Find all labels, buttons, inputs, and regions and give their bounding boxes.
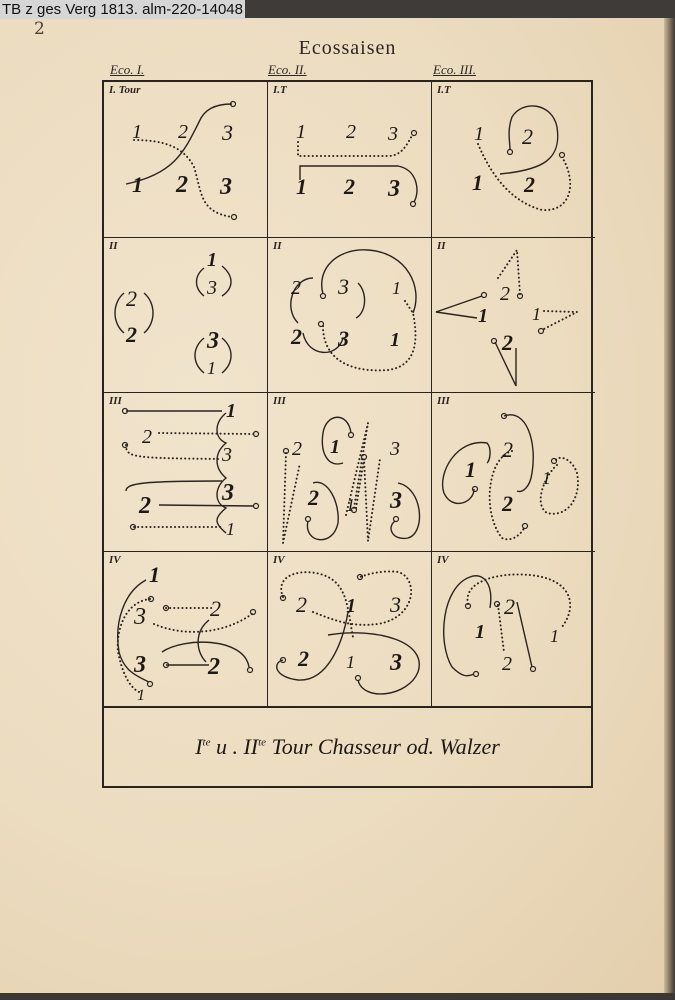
svg-text:1: 1	[392, 278, 401, 298]
dance-figure-diagram: 1 2 3 1 2 3	[104, 82, 268, 238]
page-number: 2	[34, 19, 45, 39]
svg-text:2: 2	[290, 324, 302, 349]
cell-eco2-tour4: IV 2 1 3 2 1 3	[268, 552, 432, 708]
svg-text:3: 3	[206, 277, 217, 299]
svg-text:2: 2	[138, 493, 151, 519]
svg-text:2: 2	[126, 286, 137, 311]
cell-eco1-tour1: I. Tour 1 2 3 1 2 3	[104, 82, 268, 238]
scan-bottom-border	[0, 993, 675, 1000]
svg-text:2: 2	[296, 592, 307, 617]
svg-text:3: 3	[206, 328, 219, 354]
svg-text:1: 1	[207, 358, 216, 378]
svg-text:3: 3	[389, 488, 402, 514]
svg-text:3: 3	[337, 326, 349, 351]
svg-text:2: 2	[501, 491, 513, 516]
svg-text:2: 2	[175, 172, 188, 198]
svg-text:2: 2	[178, 121, 188, 143]
svg-text:3: 3	[389, 650, 402, 676]
svg-text:1: 1	[532, 304, 541, 324]
dance-figure-diagram: 2 1 1 2	[432, 552, 595, 708]
dance-figure-diagram: 2 1 1 2	[432, 393, 595, 552]
svg-text:1: 1	[474, 123, 484, 145]
svg-text:1: 1	[346, 595, 356, 617]
svg-text:2: 2	[343, 174, 355, 199]
svg-text:3: 3	[221, 480, 234, 506]
svg-text:1: 1	[550, 626, 559, 646]
svg-text:3: 3	[133, 604, 146, 630]
page-edge	[664, 18, 675, 1000]
svg-text:1: 1	[542, 468, 551, 488]
column-header-eco-3: Eco. III.	[433, 62, 476, 78]
svg-text:3: 3	[219, 174, 232, 200]
svg-text:1: 1	[296, 174, 307, 199]
svg-text:3: 3	[337, 274, 349, 299]
svg-text:2: 2	[502, 437, 513, 462]
svg-text:1: 1	[149, 562, 160, 587]
svg-text:1: 1	[207, 249, 217, 271]
svg-text:2: 2	[523, 172, 535, 197]
svg-text:2: 2	[292, 438, 302, 460]
svg-text:2: 2	[346, 121, 356, 143]
svg-text:3: 3	[389, 438, 400, 460]
dance-figure-diagram: 2 1 3 2 1 3	[268, 552, 432, 708]
svg-text:1: 1	[132, 121, 142, 143]
svg-text:2: 2	[500, 283, 510, 305]
svg-text:1: 1	[132, 172, 143, 197]
dance-figure-diagram: 2 1 3 3 2 1	[104, 393, 268, 552]
dance-figure-diagram: 1 2 1 2	[432, 82, 595, 238]
column-header-eco-1: Eco. I.	[110, 62, 144, 78]
svg-text:2: 2	[504, 594, 515, 619]
footer-caption-box: Ite u . IIte Tour Chasseur od. Walzer	[102, 706, 593, 788]
svg-text:3: 3	[387, 176, 400, 202]
svg-text:3: 3	[221, 444, 232, 466]
svg-text:1: 1	[475, 621, 485, 643]
svg-text:2: 2	[142, 426, 152, 448]
cell-eco2-tour2: II 2 3 1 2 3 1	[268, 238, 432, 393]
svg-text:1: 1	[465, 457, 476, 482]
svg-text:2: 2	[207, 654, 220, 680]
svg-text:3: 3	[389, 592, 401, 617]
svg-text:1: 1	[346, 652, 355, 672]
svg-text:1: 1	[478, 305, 488, 327]
svg-text:1: 1	[346, 495, 355, 515]
svg-text:3: 3	[133, 652, 146, 678]
footer-caption: Ite u . IIte Tour Chasseur od. Walzer	[104, 734, 591, 760]
svg-text:2: 2	[297, 646, 309, 671]
image-caption: TB z ges Verg 1813. alm-220-14048	[0, 0, 245, 19]
dance-figure-diagram: 2 1 1 2	[432, 238, 595, 393]
cell-eco2-tour1: I.T 1 2 3 1 2 3	[268, 82, 432, 238]
svg-text:1: 1	[472, 170, 483, 195]
cell-eco1-tour4: IV 1 3 2 3 2 1	[104, 552, 268, 708]
cell-eco3-tour4: IV 2 1 1 2	[432, 552, 595, 708]
svg-text:1: 1	[390, 329, 400, 351]
page-title: Ecossaisen	[0, 37, 675, 60]
cell-eco3-tour2: II 2 1 1 2	[432, 238, 595, 393]
svg-text:1: 1	[137, 687, 145, 704]
cell-eco3-tour3: III 2 1 1 2	[432, 393, 595, 552]
svg-text:2: 2	[501, 330, 513, 355]
cell-eco2-tour3: III 2 1 3 2 1 3	[268, 393, 432, 552]
figure-grid: I. Tour 1 2 3 1 2 3 I.T 1 2 3 1 2 3 I.T	[102, 80, 593, 708]
svg-text:3: 3	[221, 120, 233, 145]
cell-eco1-tour3: III 2 1 3 3 2 1	[104, 393, 268, 552]
svg-text:1: 1	[226, 519, 235, 539]
svg-text:2: 2	[307, 485, 319, 510]
svg-text:1: 1	[330, 436, 340, 458]
dance-figure-diagram: 1 2 3 1 2 3	[268, 82, 432, 238]
svg-text:2: 2	[210, 596, 221, 621]
dance-figure-diagram: 2 2 1 3 3 1	[104, 238, 268, 393]
cell-eco3-tour1: I.T 1 2 1 2	[432, 82, 595, 238]
column-header-eco-2: Eco. II.	[268, 62, 307, 78]
svg-text:2: 2	[522, 124, 533, 149]
dance-figure-diagram: 1 3 2 3 2 1	[104, 552, 268, 708]
svg-text:2: 2	[125, 322, 137, 347]
svg-text:3: 3	[387, 123, 398, 145]
dance-figure-diagram: 2 1 3 2 1 3	[268, 393, 432, 552]
svg-text:2: 2	[291, 277, 301, 299]
dance-figure-diagram: 2 3 1 2 3 1	[268, 238, 432, 393]
svg-text:1: 1	[226, 400, 236, 422]
cell-eco1-tour2: II 2 2 1 3 3 1	[104, 238, 268, 393]
svg-text:2: 2	[502, 653, 512, 675]
svg-text:1: 1	[296, 121, 306, 143]
